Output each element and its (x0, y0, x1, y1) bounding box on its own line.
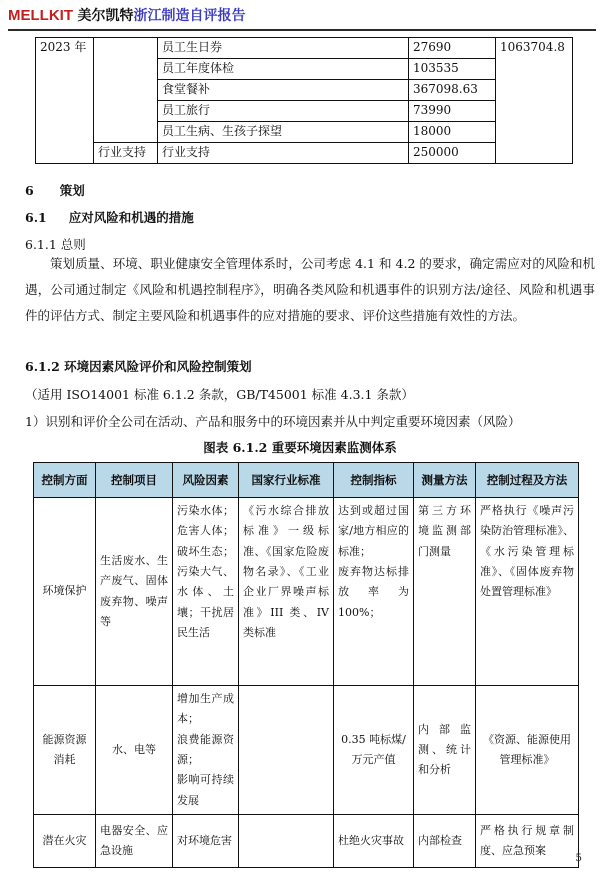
category-cell-empty (94, 38, 158, 143)
cell-standard (239, 686, 334, 815)
report-title-company: 美尔凯特 (77, 8, 133, 24)
welfare-amount: 18000 (409, 122, 496, 143)
cell-aspect: 潜在火灾 (34, 815, 96, 868)
cell-method: 第三方环境监测部门测量 (414, 498, 476, 686)
cell-risk: 对环境危害 (173, 815, 239, 868)
section-title: 应对风险和机遇的措施 (69, 210, 194, 225)
table-caption: 图表 6.1.2 重要环境因素监测体系 (0, 438, 600, 456)
table-row-energy: 能源资源消耗 水、电等 增加生产成本； 浪费能源资源； 影响可持续发展 0.35… (34, 686, 579, 815)
welfare-item: 食堂餐补 (158, 80, 409, 101)
welfare-amount: 367098.63 (409, 80, 496, 101)
cell-process: 严格执行《噪声污染防治管理标准》、《水污染管理标准》、《固体废弃物处置管理标准》 (476, 498, 579, 686)
cell-risk: 增加生产成本； 浪费能源资源； 影响可持续发展 (173, 686, 239, 815)
section-number: 6.1 (25, 210, 47, 225)
section-heading-6: 6策划 (25, 181, 595, 199)
env-factor-table: 控制方面 控制项目 风险因素 国家行业标准 控制指标 测量方法 控制过程及方法 … (33, 462, 579, 868)
welfare-item: 员工旅行 (158, 101, 409, 122)
section-number: 6 (25, 183, 34, 198)
section-heading-6-1: 6.1应对风险和机遇的措施 (25, 208, 595, 226)
column-header: 控制项目 (96, 463, 173, 498)
section-heading-6-1-2: 6.1.2 环境因素风险评价和风险控制策划 (25, 357, 595, 375)
welfare-amount: 250000 (409, 143, 496, 164)
welfare-amount: 27690 (409, 38, 496, 59)
cell-process: 《资源、能源使用管理标准》 (476, 686, 579, 815)
column-header: 控制方面 (34, 463, 96, 498)
cell-item: 生活废水、生产废气、固体废弃物、噪声等 (96, 498, 173, 686)
applicable-standards-note: （适用 ISO14001 标准 6.1.2 条款，GB/T45001 标准 4.… (25, 385, 595, 403)
table-row: 行业支持 行业支持 250000 (36, 143, 573, 164)
report-title-suffix: 浙江制造自评报告 (133, 8, 245, 24)
paragraph-general-rules: 策划质量、环境、职业健康安全管理体系时，公司考虑 4.1 和 4.2 的要求，确… (25, 251, 595, 329)
table-row: 2023 年 员工生日券 27690 1063704.8 (36, 38, 573, 59)
report-page: MELLKIT 美尔凯特浙江制造自评报告 2023 年 员工生日券 27690 … (0, 0, 600, 883)
cell-standard (239, 815, 334, 868)
table-row-environment: 环境保护 生活废水、生产废气、固体废弃物、噪声等 污染水体；危害人体；破坏生态；… (34, 498, 579, 686)
section-title: 策划 (60, 183, 85, 198)
welfare-summary-table: 2023 年 员工生日券 27690 1063704.8 员工年度体检 1035… (35, 37, 573, 164)
column-header: 风险因素 (173, 463, 239, 498)
cell-standard: 《污水综合排放标准》一级标准、《国家危险废物名录》、《工业企业厂界噪声标准》II… (239, 498, 334, 686)
brand-logo-text: MELLKIT (8, 7, 73, 24)
column-header: 测量方法 (414, 463, 476, 498)
column-header: 控制指标 (334, 463, 414, 498)
category-cell-support: 行业支持 (94, 143, 158, 164)
year-cell: 2023 年 (36, 38, 94, 164)
total-cell: 1063704.8 (496, 38, 573, 164)
report-header: MELLKIT 美尔凯特浙江制造自评报告 (8, 7, 596, 31)
welfare-item: 行业支持 (158, 143, 409, 164)
cell-target: 杜绝火灾事故 (334, 815, 414, 868)
table-header-row: 控制方面 控制项目 风险因素 国家行业标准 控制指标 测量方法 控制过程及方法 (34, 463, 579, 498)
welfare-item: 员工年度体检 (158, 59, 409, 80)
welfare-item: 员工生病、生孩子探望 (158, 122, 409, 143)
cell-method: 内部检查 (414, 815, 476, 868)
welfare-amount: 73990 (409, 101, 496, 122)
column-header: 控制过程及方法 (476, 463, 579, 498)
cell-target: 0.35 吨标煤/万元产值 (334, 686, 414, 815)
cell-target: 达到或超过国家/地方相应的标准； 废弃物达标排放率为 100%； (334, 498, 414, 686)
cell-item: 水、电等 (96, 686, 173, 815)
list-item-1: 1）识别和评价全公司在活动、产品和服务中的环境因素并从中判定重要环境因素（风险） (25, 412, 595, 430)
welfare-item: 员工生日券 (158, 38, 409, 59)
welfare-amount: 103535 (409, 59, 496, 80)
column-header: 国家行业标准 (239, 463, 334, 498)
cell-aspect: 能源资源消耗 (34, 686, 96, 815)
cell-risk: 污染水体；危害人体；破坏生态；污染大气、水体、土壤；干扰居民生活 (173, 498, 239, 686)
cell-process: 严格执行规章制度、应急预案 (476, 815, 579, 868)
page-number: 5 (575, 852, 582, 864)
cell-method: 内部监测、统计和分析 (414, 686, 476, 815)
table-row-fire: 潜在火灾 电器安全、应急设施 对环境危害 杜绝火灾事故 内部检查 严格执行规章制… (34, 815, 579, 868)
cell-item: 电器安全、应急设施 (96, 815, 173, 868)
cell-aspect: 环境保护 (34, 498, 96, 686)
